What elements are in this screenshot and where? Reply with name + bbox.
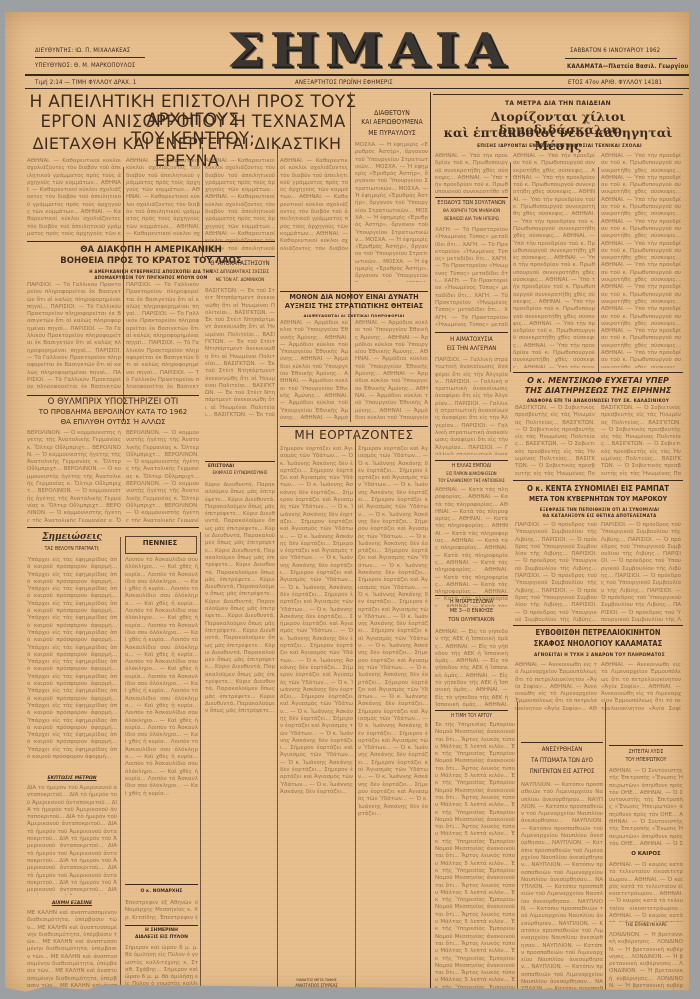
laos-body-cont: ΠΑΡΙΣΙΟΙ. — Τὸ Γαλλικὸν Πρακτορεῖον πληρ… — [126, 282, 199, 388]
dominican-headline-2: ΤΑΣ ΔΙΠΛΩΜΑΤΙΚΑΣ ΣΧΕΣΕΙΣ — [205, 271, 275, 276]
greece-headline-2: ΕΙΣ ΠΑΡΚΙΝ ΔΙΑΚΟΝΗΣΕΩΝ — [435, 472, 508, 476]
algeria-body: ΠΑΡΙΣΙΟΙ. — Γαλλικὴ στρατιωτικὴ ἀνακοίνω… — [435, 357, 508, 455]
education-body-cont: ΑΘΗΝΑΙ. — Ὑπὸ τὴν προεδρίαν τοῦ κ. Πρωθυ… — [513, 153, 595, 368]
divider — [513, 480, 683, 481]
sultans-body: ΧΑΓΗ. — Τὸ Πρακτορεῖον «Ἡνωμένος Τύπος» … — [435, 227, 508, 327]
kennedy-subhead-2: ΘΑ ΚΑΤΑΛΗΞΟΥΝ ΕΙΣ ΘΕΤΙΚΑ ΑΠΟΤΕΛΕΣΜΑΤΑ — [517, 513, 682, 518]
divider — [435, 595, 508, 596]
missiles-body: ΜΟΣΧΑ. — Ἡ ἐφημερὶς «Ἐρυθρὸς Ἀστήρ», ὄργ… — [355, 142, 428, 282]
berlin-body-cont: ΒΕΡΟΛΙΝΟΝ. — Ὁ κομμουνιστὴς ἡγέτης τῆς Ἀ… — [126, 430, 199, 522]
column-rule — [510, 162, 511, 372]
military-headline-2: ΑΥΞΗΣΙΣ ΤΗΣ ΣΤΡΑΤΙΩΤΙΚΗΣ ΘΗΤΕΙΑΣ — [280, 303, 428, 310]
divider — [435, 460, 508, 461]
lead-body-cont: ΑΘΗΝΑΙ. — Καθαρευτικοί κύκλοι σχολιάζοντ… — [280, 158, 348, 253]
divider — [280, 291, 428, 292]
price-line: Τιμή 2:14 — ΤΙΜΗ ΦΥΛΛΟΥ ΔΡΑΧ. 1 — [35, 79, 137, 86]
missiles-headline-2: ΚΑΙ ΑΕΡΙΩΘΟΥΜΕΝΑ — [353, 119, 431, 126]
kennedy-headline-1: Ο κ. ΚΕΝΤΑ ΣΥΝΟΜΙΛΕΙ ΕΙΣ ΡΑΜΠΑΤ — [513, 485, 683, 493]
tidbits-title: ΠΕΝΝΙΕΣ — [125, 540, 195, 547]
tagline: ΑΝΕΞΑΡΤΗΤΟΣ ΠΡΩΪΝΗ ΕΦΗΜΕΡΙΣ — [295, 79, 393, 86]
tidbits-body: Λοιπὸν τὸ Ἀσκαυλίδιο σου ὁλόκληρο... — Κ… — [125, 557, 198, 812]
lead-body-cont: ΑΘΗΝΑΙ. — Καθαρευτικοί κύκλοι σχολιάζοντ… — [205, 158, 275, 253]
berlin-headline-3: ΘΑ ΕΠΙΛΥΘΗ ΟΥΤΩΣ Ή ΑΛΛΩΣ — [27, 419, 199, 426]
education-subhead: ΕΠΙΣΗΣ ΙΔΡΥΟΝΤΑΙ ΕΝΔΕΚΑ ΝΕΑΙ ΔΗΜΟΣΙΑΙ ΤΕ… — [437, 144, 682, 149]
divider — [35, 57, 145, 58]
issue-number: ΕΤΟΣ 47ον ΑΡΙΘ. ΦΥΛΛΟΥ 14181 — [568, 79, 662, 86]
sultans-headline-2: ΘΑ ΧΟΡΗΓΗ ΤΟΝ ΜΗΝΙΑΙΟΝ — [435, 210, 508, 215]
epirus-body: ΑΘΗΝΑΙ. — Ὁ Συντονιστὴς τῆς Ἐπιτροπῆς «Ἕ… — [609, 768, 683, 848]
divider — [27, 395, 199, 396]
britain-title: ΤΗΣ ΕΠΗΝΕΥΝ ΚΑΡΕ — [609, 924, 683, 929]
bread-body: Ἐκ τῆς Ὑπηρεσίας Ἐμπορίου Νομοῦ Μεσσηνία… — [435, 722, 515, 996]
greece-body: ΑΘΗΝΑΙ. — Κατὰ τὰς πληροφορίας... ΑΘΗΝΑΙ… — [435, 487, 508, 607]
divider — [565, 58, 677, 59]
military-body-cont: ΑΘΗΝΑΙ. — Ἁρμόδιοι κύκλοι τοῦ Ὑπουργείου… — [355, 320, 428, 420]
column-rule — [598, 167, 599, 372]
dominican-headline-3: ΜΕ ΤΟΝ ΑΓ. ΔΟΜΙΝΙΚΟΝ — [205, 279, 275, 284]
shipwreck-headline-2: ΣΚΑΦΟΣ ΝΗΟΛΟΓΙΟΥ ΚΑΛΑΜΑΤΑΣ — [513, 640, 683, 648]
divider — [27, 527, 199, 528]
divider — [27, 241, 275, 242]
divider — [205, 256, 275, 257]
column-rule — [430, 92, 431, 996]
menshikov-headline-2: ΤΗΣ ΔΙΑΤΗΡΗΣΕΩΣ ΤΗΣ ΕΙΡΗΝΗΣ — [513, 387, 683, 395]
laos-headline-1: ΘΑ ΔΙΑΚΟΠΗ Η ΑΜΕΡΙΚΑΝΙΚΗ — [27, 246, 275, 255]
obituary-line-1: ΘΑΝΑΤΟΣ ΜΕΤΑ ΤΑΦΗΣ — [280, 978, 353, 982]
letters-body: Κύριε Διευθυντά, Παρακαλοῦμεν ὅπως μᾶς ἐ… — [205, 482, 275, 996]
divider — [125, 925, 198, 926]
missiles-headline-3: ΜΕ ΠΥΡΑΥΛΟΥΣ — [353, 130, 431, 137]
epirus-headline-2: ΤΟΥ ΗΠΕΙΡΩΤΙΚΟΥ — [609, 758, 683, 763]
city-line: ΚΑΛΑΜΑΤΑ—Πλατεία Βασιλ. Γεωργίου — [567, 63, 688, 70]
weather-title: Ο ΚΑΙΡΟΣ — [609, 852, 683, 858]
shipwreck-subhead: ΑΓΝΟΕΙΤΑΙ Η ΤΥΧΗ 2 ΑΝΔΡΩΝ ΤΟΥ ΠΛΗΡΩΜΑΤΟΣ — [517, 653, 682, 658]
sultans-headline-1: ΕΞΟΔΟΥΣ ΤΩΝ ΣΟΥΛΤΑΝΩΝ — [435, 201, 508, 207]
kennedy-headline-2: ΜΕΤΑ ΤΟΝ ΚΥΒΕΡΝΗΤΩΝ ΤΟΥ ΜΑΡΟΚΟΥ — [513, 496, 683, 503]
divider — [435, 332, 508, 333]
column-rule — [517, 702, 518, 996]
divider — [125, 884, 198, 885]
football-body: ΑΘΗΝΑΙ. — Εἰς τὸ γήπεδον τῆς ΑΕΚ ἡ Ἰσπαν… — [435, 629, 508, 707]
divider — [205, 461, 275, 462]
notes-title: Σημειώσεις — [27, 533, 117, 542]
bread-title: Η ΤΙΜΗ ΤΟΥ ΑΡΤΟΥ — [435, 714, 508, 719]
namedays-body-cont: Σήμερον ἑορτάζει καὶ Ἁγιασμὸς τῶν Ὑδάτων… — [358, 446, 428, 996]
namedays-title: ΜΗ ΕΟΡΤΑΖΟΝΤΕΣ — [280, 429, 428, 442]
newspaper-title: ΣΗΜΑΙΑ — [227, 28, 497, 75]
column-rule — [123, 167, 124, 422]
lead-body: ΑΘΗΝΑΙ. — Καθαρευτικοί κύκλοι σχολιάζοντ… — [27, 158, 121, 236]
divider — [280, 426, 428, 427]
football-headline-2: ΜΕ 3—0 ΕΝΙΚΗΣΕ — [435, 609, 508, 615]
algeria-headline-2: ΕΙΣ ΤΗΝ ΑΛΓΕΡΙΑΝ — [435, 346, 508, 352]
shipwreck-body-cont: ΑΘΗΝΑΙ. — Ἀνεκοινώθη εἰς τὸ Λιμεναρχεῖον… — [601, 662, 681, 712]
greece-headline-1: Η ΕΛΛΑΣ ΕΜΠΟΔΙ — [435, 464, 508, 469]
education-body-cont: ΑΘΗΝΑΙ. — Ὑπὸ τὴν προεδρίαν τοῦ κ. Πρωθυ… — [601, 153, 681, 368]
measures-body: ΔΙΑ τὸ ἡμερόν τοῦ Ἀμερικανοῦ ἀνταποκριτο… — [27, 785, 117, 895]
responsible-line: ΥΠΕΥΘΥΝΟΣ: Θ. Μ. ΜΑΡΚΟΠΟΥΛΟΣ — [35, 62, 136, 69]
letters-title: ΕΚΦΡΑΣΙΣ ΕΥΓΝΩΜΟΣΥΝΗΣ — [205, 472, 275, 477]
divider — [435, 710, 508, 711]
berlin-headline-1: Ο ΘΥΛΜΠΡΙΧ ΥΠΟΣΤΗΡΙΖΕΙ ΟΤΙ — [27, 398, 199, 407]
divider — [609, 745, 683, 746]
football-headline-3: ΤΟΝ ΟΛΥΜΠΙΑΚΟΝ — [435, 618, 508, 624]
column-rule — [277, 147, 278, 996]
masthead-rule — [25, 74, 689, 76]
newspaper-page: ΔΙΕΥΘΥΝΤΗΣ: ΙΩ. Π. ΜΙΧΑΛΑΚΕΑΣ ΥΠΕΥΘΥΝΟΣ:… — [5, 12, 689, 996]
nomarch-title: Ο κ. ΝΟΜΑΡΧΗΣ — [125, 890, 198, 895]
drowned-headline-2: ΤΑ ΠΤΩΜΑΤΑ ΤΩΝ ΔΥΟ — [521, 758, 603, 764]
dominican-body: ΒΑΣΙΓΚΤΩΝ. — Ἐκ τοῦ Στέιτ Ντηπάρτμεντ ἀν… — [205, 288, 275, 418]
education-body: ΑΘΗΝΑΙ. — Ὑπὸ τὴν προεδρίαν τοῦ κ. Πρωθυ… — [435, 153, 508, 193]
weather-body: ΑΘΗΝΑΙ. — Ὁ καιρὸς κατὰ τὸ τελευταῖον εἰ… — [609, 862, 683, 922]
letters-label: ΕΠΙΣΤΟΛΑΙ — [208, 464, 234, 469]
column-rule — [120, 537, 121, 996]
military-body: ΑΘΗΝΑΙ. — Ἁρμόδιοι κύκλοι τοῦ Ὑπουργείου… — [280, 320, 348, 420]
column-rule — [355, 437, 356, 996]
aixmi-body: ΜΕ ΚΑΛΗΝ καὶ ἀναπτυσσομένην διαθεσιμότητ… — [27, 910, 117, 995]
notes-subtitle: ΤΑΣ ΘΕΛΟΥΝ ΠΡΑΓΜΑΤΙ; — [27, 547, 117, 552]
menshikov-body: ΒΑΣΙΓΚΤΩΝ. — Ὁ Σοβιετικὸς πρεσβευτὴς εἰς… — [515, 405, 595, 478]
drowned-headline-1: ΑΝΕΣΥΡΘΗΣΑΝ — [521, 747, 603, 753]
kennedy-body: ΠΑΡΙΣΙΟΙ. — Ὁ πρόεδρος τοῦ Ὑπουργικοῦ Συ… — [515, 522, 597, 622]
divider — [435, 197, 508, 198]
drowned-headline-3: ΠΝΙΓΕΝΤΩΝ ΕΙΣ ΑΣΤΡΟΣ — [521, 769, 603, 775]
berlin-headline-2: ΤΟ ΠΡΟΒΛΗΜΑ ΒΕΡΟΛΙΝΟΥ ΚΑΤΑ ΤΟ 1962 — [27, 409, 199, 416]
measures-title: ΕΚΠΤΩΣΙΣ ΜΕΤΡΩΝ — [27, 777, 117, 782]
epirus-headline-1: ΖΗΤΕΙΤΑΙ ΛΥΣΙΣ — [609, 750, 683, 755]
column-rule — [605, 702, 606, 996]
shipwreck-headline-1: ΕΥΒΟΘΙΣΘΗ ΠΕΤΡΕΛΑΙΟΚΙΝΗΤΟΝ — [513, 629, 683, 637]
pylos-headline-1: Η ΣΗΜΕΡΙΝΗ — [125, 929, 198, 934]
kennedy-subhead-1: ΕΞΕΦΡΑΣΕ ΤΗΝ ΠΕΠΟΙΘΗΣΙΝ ΟΤΙ ΑΙ ΣΥΝΟΜΙΛΙΑ… — [517, 507, 682, 512]
pylos-headline-2: ΔΙΑΛΕΞΙΣ ΕΙΣ ΠΥΛΟΝ — [125, 936, 198, 941]
drowned-body: ΝΑΥΠΛΙΟΝ. — Κατόπιν προσπαθειῶν τοῦ Λιμε… — [521, 782, 603, 996]
education-kicker: ΤΑ ΜΕΤΡΑ ΔΙΑ ΤΗΝ ΠΑΙΔΕΙΑΝ — [433, 100, 683, 107]
berlin-body: ΒΕΡΟΛΙΝΟΝ. — Ὁ κομμουνιστὴς ἡγέτης τῆς Ἀ… — [27, 430, 121, 522]
dominican-headline-1: Θ' ΑΠΟΚΑΤΑΣΤΗΣΟΥΝ — [205, 261, 275, 267]
menshikov-headline-1: Ο κ. ΜΕΝΤΣΙΚΩΦ ΕΥΧΕΤΑΙ ΥΠΕΡ — [513, 377, 683, 385]
menshikov-body-cont: ΒΑΣΙΓΚΤΩΝ. — Ὁ Σοβιετικὸς πρεσβευτὴς εἰς… — [601, 405, 681, 478]
notes-body: Ὑπάρχει εἰς τὰς ἐφημερίδας ἀπὸ καιροῦ πρ… — [27, 557, 117, 772]
lead-body-cont: ΑΘΗΝΑΙ. — Καθαρευτικοί κύκλοι σχολιάζοντ… — [126, 158, 200, 236]
greece-headline-3: ΤΟΥ ΕΛΛΗΝΙΣΜΟΥ ΤΗΣ ΑΝΤΙΟΧΕΙΑΣ — [435, 479, 508, 483]
algeria-headline-1: Η ΑΙΜΑΤΟΧΥΣΙΑ — [435, 337, 508, 343]
shipwreck-body: ΑΘΗΝΑΙ. — Ἀνεκοινώθη εἰς τὸ Λιμεναρχεῖον… — [515, 662, 597, 712]
divider — [513, 372, 683, 373]
divider — [433, 94, 683, 95]
divider — [513, 625, 683, 626]
military-subhead: ΔΙΑΨΕΥΔΟΝΤΑΙ ΑΙ ΣΧΕΤΙΚΑΙ ΠΛΗΡΟΦΟΡΙΑΙ — [280, 313, 428, 318]
sultans-headline-3: ΒΕΒΑΙΩΣΙ ΔΙΑ ΤΗΝ ΗΠΕΙΡΩ — [435, 218, 508, 223]
kennedy-body-cont: ΠΑΡΙΣΙΟΙ. — Ὁ πρόεδρος τοῦ Ὑπουργικοῦ Συ… — [601, 522, 681, 622]
military-headline-1: ΜΟΝΟΝ ΔΙΑ ΝΟΜΟΥ ΕΙΝΑΙ ΔΥΝΑΤΗ — [280, 294, 428, 301]
masthead-rule-bottom — [25, 88, 689, 89]
football-headline-1: Η ΜΠΑΡΤΣΕΛΩΝΑ — [435, 600, 508, 606]
aixmi-title: ΑΙΧΜΗ ΕΞΑΣΙΝΕ — [27, 902, 117, 907]
director-line: ΔΙΕΥΘΥΝΤΗΣ: ΙΩ. Π. ΜΙΧΑΛΑΚΕΑΣ — [35, 47, 130, 54]
menshikov-subhead: ΑΝΑΦΟΡΑ ΕΠΙ ΤΗ ΑΝΑΚΟΙΝΩΣΕΙ ΤΟΥ ΣΚ. ΚΑΛΑΣ… — [513, 398, 683, 403]
issue-date: ΣΑΒΒΑΤΟΝ 6 ΙΑΝΟΥΑΡΙΟΥ 1962 — [570, 47, 660, 54]
column-rule — [200, 532, 201, 996]
laos-body: ΠΑΡΙΣΙΟΙ. — Τὸ Γαλλικὸν Πρακτορεῖον πληρ… — [27, 282, 121, 388]
britain-body: ΛΟΝΔΙΝΟΝ. — Ἡ βρεταννικὴ κυβέρνησις... Λ… — [609, 932, 683, 996]
nomarch-body: Ἐπέστρεψεν ἐξ Ἀθηνῶν ὁ Νομάρχης Μεσσηνία… — [125, 900, 198, 922]
namedays-body: Σήμερον ἑορτάζει καὶ Ἁγιασμὸς τῶν Ὑδάτων… — [280, 446, 353, 996]
divider — [521, 742, 603, 743]
